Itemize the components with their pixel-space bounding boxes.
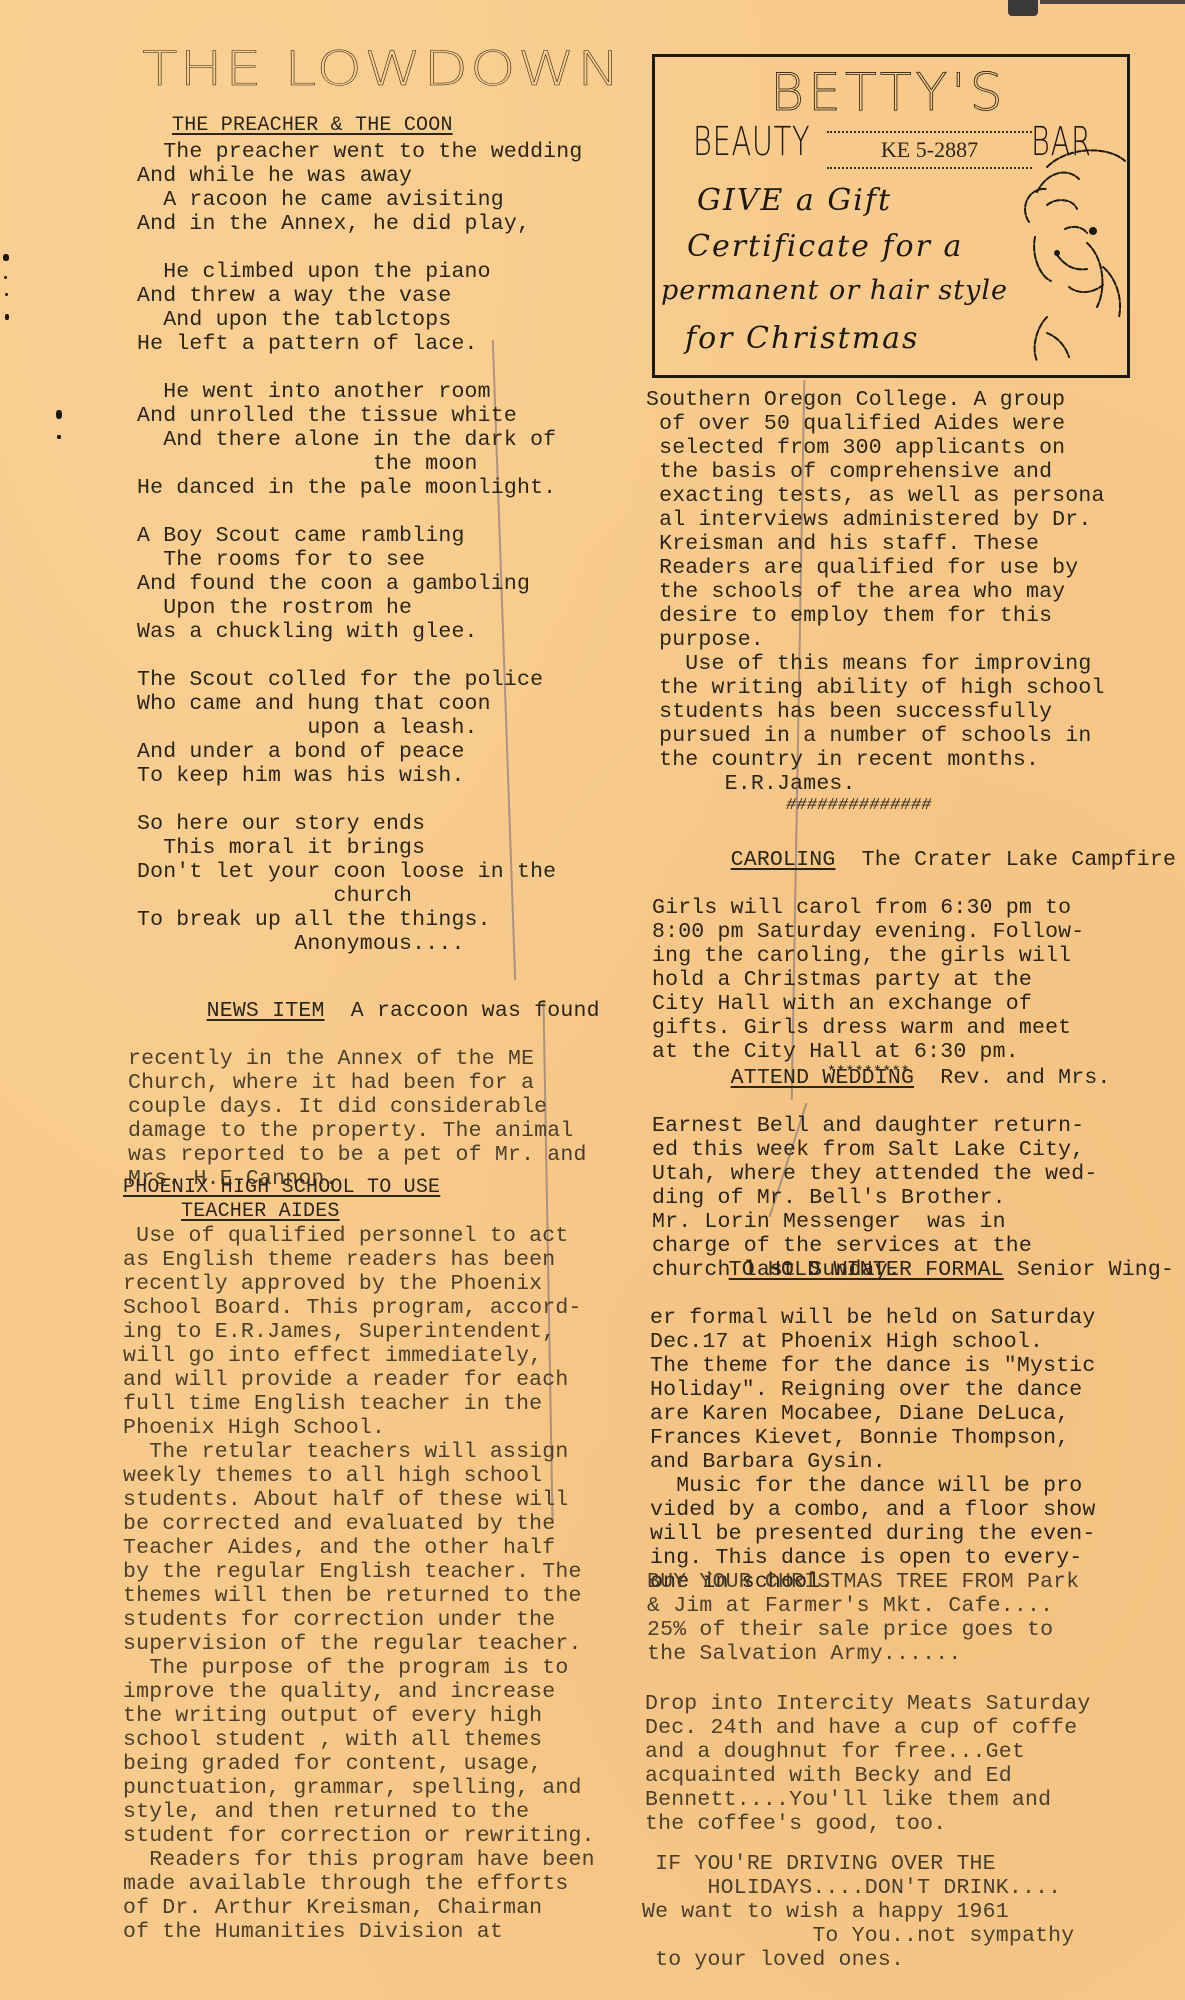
poem-line — [137, 644, 582, 668]
notice-line: Drop into Intercity Meats Saturday — [645, 1692, 1090, 1716]
article-line: Frances Kievet, Bonnie Thompson, — [650, 1426, 1174, 1450]
article-line: Music for the dance will be pro — [650, 1474, 1174, 1498]
article-line: The Crater Lake Campfire — [835, 848, 1176, 872]
news-item-article: NEWS ITEM A raccoon was found recently i… — [128, 975, 600, 1191]
article-line: are Karen Mocabee, Diane DeLuca, — [650, 1402, 1174, 1426]
poem-line: The rooms for to see — [137, 548, 582, 572]
news-item-line: Church, where it had been for a — [128, 1071, 600, 1095]
ad-business-name: BETTY'S — [770, 63, 1007, 123]
notice-line: & Jim at Farmer's Mkt. Cafe.... — [647, 1594, 1079, 1618]
caroling-heading: CAROLING — [731, 848, 836, 872]
article-line: Mr. Lorin Messenger was in — [652, 1210, 1111, 1234]
ad-phone-number: KE 5-2887 — [827, 131, 1032, 169]
closing-line: to your loved ones. — [642, 1948, 1074, 1972]
article-line: will go into effect immediately, — [123, 1344, 595, 1368]
poem-line: He danced in the pale moonlight. — [137, 476, 582, 500]
ink-speck — [56, 410, 62, 419]
article-line: The theme for the dance is "Mystic — [650, 1354, 1174, 1378]
poem-line: He climbed upon the piano — [137, 260, 582, 284]
article-line: hold a Christmas party at the — [652, 968, 1176, 992]
poem-line: To keep him was his wish. — [137, 764, 582, 788]
article-line: gifts. Girls dress warm and meet — [652, 1016, 1176, 1040]
poem-line: He went into another room — [137, 380, 582, 404]
article-line: Dec.17 at Phoenix High school. — [650, 1330, 1174, 1354]
poem-line: And while he was away — [137, 164, 582, 188]
ad-script-line: permanent or hair style — [661, 275, 1008, 306]
closing-line: HOLIDAYS....DON'T DRINK.... — [642, 1876, 1074, 1900]
poem-body: The preacher went to the wedding And whi… — [137, 140, 582, 956]
article-line: er formal will be held on Saturday — [650, 1306, 1174, 1330]
article-line: Rev. and Mrs. — [914, 1066, 1111, 1090]
article-line: exacting tests, as well as persona — [646, 484, 1105, 508]
poem-line: And there alone in the dark of — [137, 428, 582, 452]
article-line: students has been successfully — [646, 700, 1105, 724]
article-line: by the regular English teacher. The — [123, 1560, 595, 1584]
ink-speck — [3, 254, 9, 261]
poem-line: And under a bond of peace — [137, 740, 582, 764]
article-line: style, and then returned to the — [123, 1800, 595, 1824]
poem-line: The Scout colled for the police — [137, 668, 582, 692]
article-line: Teacher Aides, and the other half — [123, 1536, 595, 1560]
article-line: students. About half of these will — [123, 1488, 595, 1512]
poem-line: He left a pattern of lace. — [137, 332, 582, 356]
article-line: vided by a combo, and a floor show — [650, 1498, 1174, 1522]
article-line: themes will then be returned to the — [123, 1584, 595, 1608]
closing-message: IF YOU'RE DRIVING OVER THE HOLIDAYS....D… — [642, 1852, 1074, 1972]
article-line: student for correction or rewriting. — [123, 1824, 595, 1848]
closing-line: IF YOU'RE DRIVING OVER THE — [642, 1852, 1074, 1876]
article-line: Utah, where they attended the wed- — [652, 1162, 1111, 1186]
poem-line: This moral it brings — [137, 836, 582, 860]
poem-line: upon a leash. — [137, 716, 582, 740]
article-line: supervision of the regular teacher. — [123, 1632, 595, 1656]
article-line: the country in recent months. — [646, 748, 1105, 772]
notice-line: the Salvation Army...... — [647, 1642, 1079, 1666]
article-line: Readers for this program have been — [123, 1848, 595, 1872]
article-line: Kreisman and his staff. These — [646, 532, 1105, 556]
closing-line: To You..not sympathy — [642, 1924, 1074, 1948]
article-line: Southern Oregon College. A group — [646, 388, 1105, 412]
poem-line: Don't let your coon loose in the — [137, 860, 582, 884]
article-line: as English theme readers has been — [123, 1248, 595, 1272]
notice-line: BUY YOUR CHRISTMAS TREE FROM Park — [647, 1570, 1079, 1594]
newsletter-page: THE LOWDOWN BETTY'S BEAUTY KE 5-2887 BAR… — [0, 0, 1185, 2000]
article-line: Senior Wing- — [1004, 1258, 1174, 1282]
ad-script-line: GIVE a Gift — [697, 183, 892, 218]
section-divider: ############## — [786, 796, 1105, 816]
poem-author: Anonymous.... — [137, 932, 582, 956]
ink-speck — [4, 276, 7, 279]
notice-line: and a doughnut for free...Get — [645, 1740, 1090, 1764]
news-item-line: recently in the Annex of the ME — [128, 1047, 600, 1071]
article-line: Girls will carol from 6:30 pm to — [652, 896, 1176, 920]
article-heading: TEACHER AIDES — [181, 1200, 595, 1224]
news-item-line: couple days. It did considerable — [128, 1095, 600, 1119]
article-line: school student , with all themes — [123, 1728, 595, 1752]
poem-line: The preacher went to the wedding — [137, 140, 582, 164]
poem-line: Upon the rostrom he — [137, 596, 582, 620]
corner-tape — [1040, 0, 1185, 4]
notice-line: acquainted with Becky and Ed — [645, 1764, 1090, 1788]
news-item-line: was reported to be a pet of Mr. and — [128, 1143, 600, 1167]
article-line: School Board. This program, accord- — [123, 1296, 595, 1320]
article-line: be corrected and evaluated by the — [123, 1512, 595, 1536]
notice-line: Bennett....You'll like them and — [645, 1788, 1090, 1812]
winter-formal-heading: TO HOLD WINTER FORMAL — [729, 1258, 1004, 1282]
article-line: of over 50 qualified Aides were — [646, 412, 1105, 436]
article-line: made available through the efforts — [123, 1872, 595, 1896]
intercity-meats-notice: Drop into Intercity Meats Saturday Dec. … — [645, 1692, 1090, 1836]
corner-tape — [1008, 0, 1038, 16]
ink-speck — [5, 314, 9, 320]
poem-line: church — [137, 884, 582, 908]
poem-line: A racoon he came avisiting — [137, 188, 582, 212]
article-line: Use of this means for improving — [646, 652, 1105, 676]
article-line: selected from 300 applicants on — [646, 436, 1105, 460]
poem-line: And threw a way the vase — [137, 284, 582, 308]
article-byline: E.R.James. — [646, 772, 1105, 796]
closing-line: We want to wish a happy 1961 — [642, 1900, 1074, 1924]
article-line: recently approved by the Phoenix — [123, 1272, 595, 1296]
ad-script-line: Certificate for a — [687, 229, 963, 264]
article-line: 8:00 pm Saturday evening. Follow- — [652, 920, 1176, 944]
article-line: The purpose of the program is to — [123, 1656, 595, 1680]
article-line: desire to employ them for this — [646, 604, 1105, 628]
article-line: will be presented during the even- — [650, 1522, 1174, 1546]
poem-line: And unrolled the tissue white — [137, 404, 582, 428]
poem-line: A Boy Scout came rambling — [137, 524, 582, 548]
article-line: students for correction under the — [123, 1608, 595, 1632]
article-line: ing to E.R.James, Superintendent, — [123, 1320, 595, 1344]
poem-line: And found the coon a gamboling — [137, 572, 582, 596]
ink-speck — [57, 435, 61, 439]
poem-line: To break up all the things. — [137, 908, 582, 932]
article-line: of Dr. Arthur Kreisman, Chairman — [123, 1896, 595, 1920]
bettys-beauty-bar-ad: BETTY'S BEAUTY KE 5-2887 BAR GIVE a Gift… — [652, 54, 1130, 378]
article-line: ing the caroling, the girls will — [652, 944, 1176, 968]
masthead-title: THE LOWDOWN — [142, 44, 622, 93]
article-line: ing. This dance is open to every- — [650, 1546, 1174, 1570]
article-line: Phoenix High School. — [123, 1416, 595, 1440]
article-line: Holiday". Reigning over the dance — [650, 1378, 1174, 1402]
poem-line: Who came and hung that coon — [137, 692, 582, 716]
article-line: the schools of the area who may — [646, 580, 1105, 604]
cartoon-girl-face-icon — [1007, 147, 1127, 367]
article-line: City Hall with an exchange of — [652, 992, 1176, 1016]
ink-speck — [5, 293, 8, 296]
winter-formal-article: TO HOLD WINTER FORMAL Senior Wing- er fo… — [650, 1234, 1174, 1594]
article-line: being graded for content, usage, — [123, 1752, 595, 1776]
phoenix-article-continued: Southern Oregon College. A group of over… — [646, 388, 1105, 816]
notice-line: the coffee's good, too. — [645, 1812, 1090, 1836]
poem-title: THE PREACHER & THE COON — [172, 114, 453, 138]
poem-line: And in the Annex, he did play, — [137, 212, 582, 236]
article-line: Readers are qualified for use by — [646, 556, 1105, 580]
article-line: and will provide a reader for each — [123, 1368, 595, 1392]
article-line: the writing ability of high school — [646, 676, 1105, 700]
article-line: and Barbara Gysin. — [650, 1450, 1174, 1474]
article-line: improve the quality, and increase — [123, 1680, 595, 1704]
article-line: pursued in a number of schools in — [646, 724, 1105, 748]
article-line: The retular teachers will assign — [123, 1440, 595, 1464]
phoenix-teacher-aides-article: PHOENIX HIGH SCHOOL TO USE TEACHER AIDES… — [123, 1176, 595, 1944]
news-item-line: A raccoon was found — [325, 999, 600, 1023]
poem-line — [137, 500, 582, 524]
ad-script-line: for Christmas — [685, 321, 919, 356]
poem-line: So here our story ends — [137, 812, 582, 836]
article-heading: PHOENIX HIGH SCHOOL TO USE — [123, 1176, 595, 1200]
article-line: purpose. — [646, 628, 1105, 652]
article-line: weekly themes to all high school — [123, 1464, 595, 1488]
ad-beauty-label: BEAUTY — [693, 119, 810, 165]
poem-line: And upon the tablctops — [137, 308, 582, 332]
article-line: the writing output of every high — [123, 1704, 595, 1728]
article-line: al interviews administered by Dr. — [646, 508, 1105, 532]
news-item-heading: NEWS ITEM — [207, 999, 325, 1023]
article-line: Use of qualified personnel to act — [123, 1224, 595, 1248]
article-line: punctuation, grammar, spelling, and — [123, 1776, 595, 1800]
article-line: the basis of comprehensive and — [646, 460, 1105, 484]
notice-line: 25% of their sale price goes to — [647, 1618, 1079, 1642]
poem-line — [137, 788, 582, 812]
christmas-tree-notice: BUY YOUR CHRISTMAS TREE FROM Park & Jim … — [647, 1570, 1079, 1666]
article-line: ding of Mr. Bell's Brother. — [652, 1186, 1111, 1210]
news-item-line: damage to the property. The animal — [128, 1119, 600, 1143]
article-line: Earnest Bell and daughter return- — [652, 1114, 1111, 1138]
poem-line: the moon — [137, 452, 582, 476]
article-line: ed this week from Salt Lake City, — [652, 1138, 1111, 1162]
poem-line — [137, 356, 582, 380]
notice-line: Dec. 24th and have a cup of coffe — [645, 1716, 1090, 1740]
poem-line — [137, 236, 582, 260]
attend-wedding-heading: ATTEND WEDDING — [731, 1066, 914, 1090]
poem-line: Was a chuckling with glee. — [137, 620, 582, 644]
article-line: of the Humanities Division at — [123, 1920, 595, 1944]
article-line: full time English teacher in the — [123, 1392, 595, 1416]
